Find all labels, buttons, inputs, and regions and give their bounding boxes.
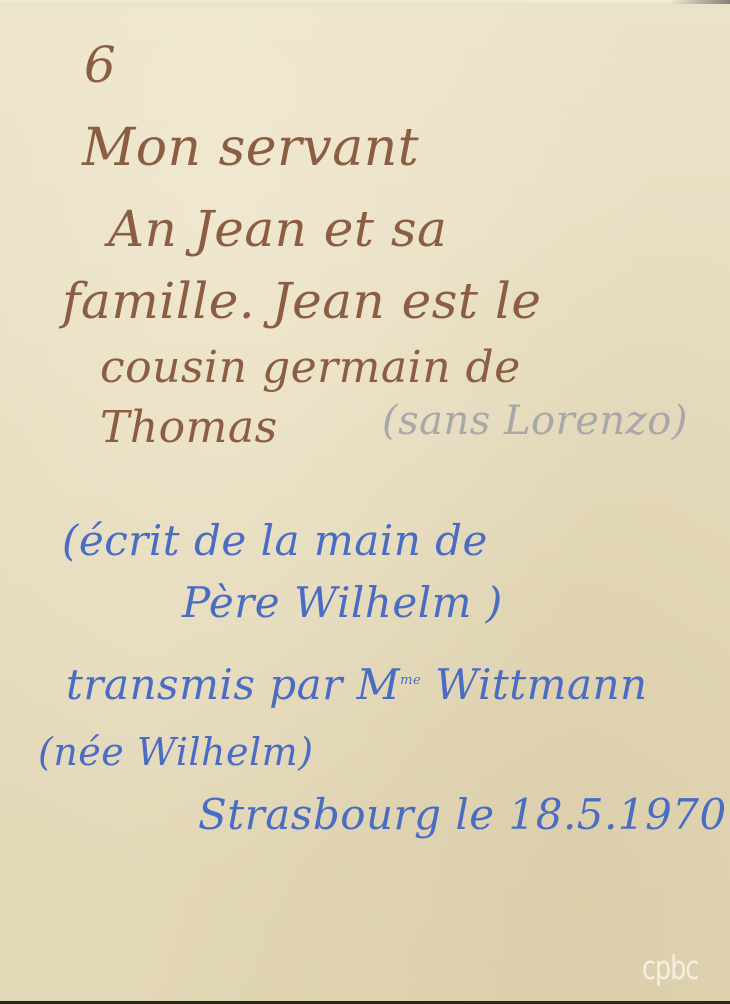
item-number: 6 [84,36,116,94]
brown-line-3: famille. Jean est le [62,272,541,330]
blue-line-3-suffix: Wittmann [421,660,647,709]
blue-line-3-prefix: transmis par M [66,660,400,709]
paper-corner-shadow [670,0,730,4]
place-date-line: Strasbourg le 18.5.1970. [198,790,730,839]
cpbc-watermark-logo: cpbc [642,948,698,987]
photo-back-paper: 6 Mon servant An Jean et sa famille. Jea… [0,0,730,1001]
blue-line-4: (née Wilhelm) [38,730,314,774]
brown-line-5: Thomas [100,402,278,453]
pencil-annotation: (sans Lorenzo) [382,398,688,444]
blue-line-3-sup: me [400,673,421,688]
brown-line-2: An Jean et sa [108,200,447,258]
brown-line-1: Mon servant [82,118,419,178]
blue-line-1: (écrit de la main de [62,516,488,565]
blue-line-3: transmis par Mme Wittmann [66,660,648,709]
blue-line-2: Père Wilhelm ) [182,578,503,627]
paper-top-edge [0,0,730,6]
brown-line-4: cousin germain de [100,342,521,393]
